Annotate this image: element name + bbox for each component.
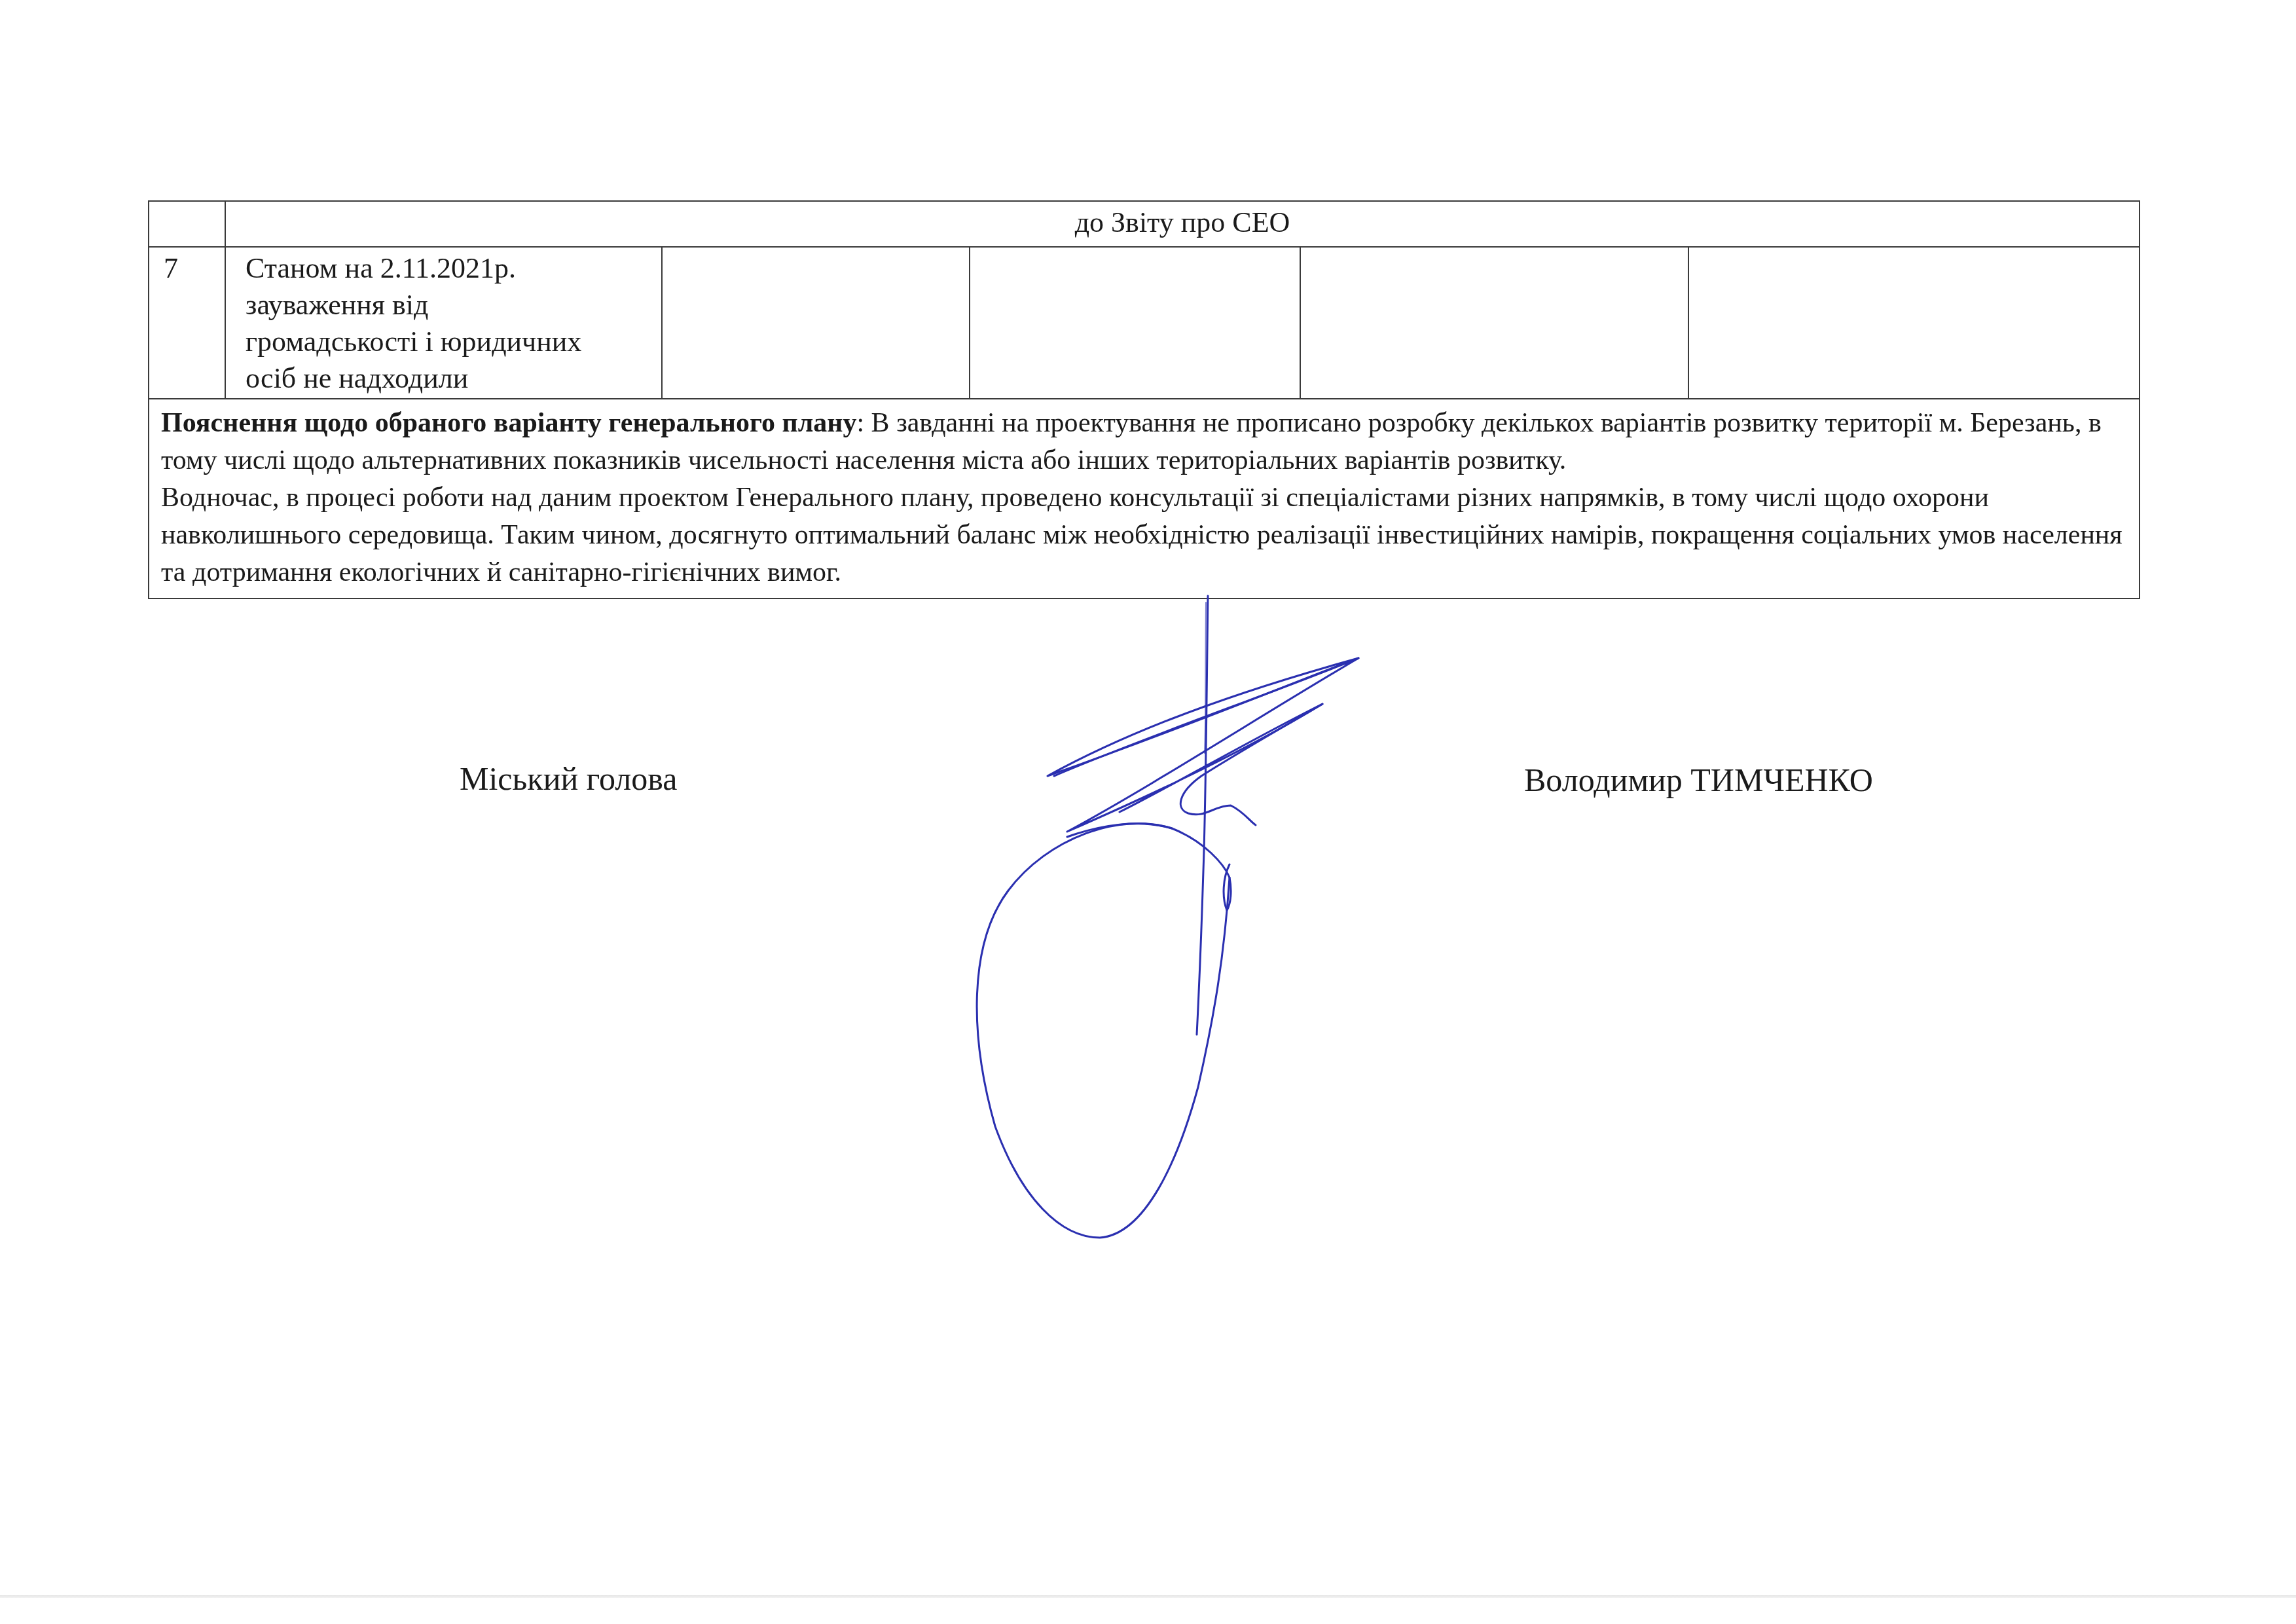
empty-cell — [970, 247, 1300, 399]
signatory-name: Володимир ТИМЧЕНКО — [1524, 761, 1873, 799]
document-page: до Звіту про СЕО 7 Станом на 2.11.2021р.… — [0, 0, 2296, 1624]
note-row: Пояснення щодо обраного варіанту генерал… — [149, 399, 2140, 599]
header-num-cell — [149, 201, 225, 247]
observation-line: Станом на 2.11.2021р. — [246, 250, 661, 287]
sea-report-table: до Звіту про СЕО 7 Станом на 2.11.2021р.… — [148, 200, 2140, 599]
empty-cell — [1688, 247, 2140, 399]
table-header-row: до Звіту про СЕО — [149, 201, 2140, 247]
observation-line: громадськості і юридичних — [246, 323, 661, 360]
row-number: 7 — [149, 247, 225, 399]
empty-cell — [662, 247, 970, 399]
empty-cell — [1300, 247, 1688, 399]
observation-cell: Станом на 2.11.2021р. зауваження від гро… — [225, 247, 662, 399]
note-paragraph-1: Пояснення щодо обраного варіанту генерал… — [161, 405, 2127, 479]
note-label: Пояснення щодо обраного варіанту генерал… — [161, 408, 856, 438]
signatory-role: Міський голова — [460, 760, 677, 798]
observation-line: зауваження від — [246, 287, 661, 323]
table-row: 7 Станом на 2.11.2021р. зауваження від г… — [149, 247, 2140, 399]
header-title-cell: до Звіту про СЕО — [225, 201, 2140, 247]
handwritten-signature-icon — [956, 589, 1414, 1270]
scan-edge-line — [0, 1595, 2296, 1598]
observation-line: осіб не надходили — [246, 360, 661, 397]
note-paragraph-2: Водночас, в процесі роботи над даним про… — [161, 479, 2127, 591]
explanation-note: Пояснення щодо обраного варіанту генерал… — [149, 399, 2140, 599]
